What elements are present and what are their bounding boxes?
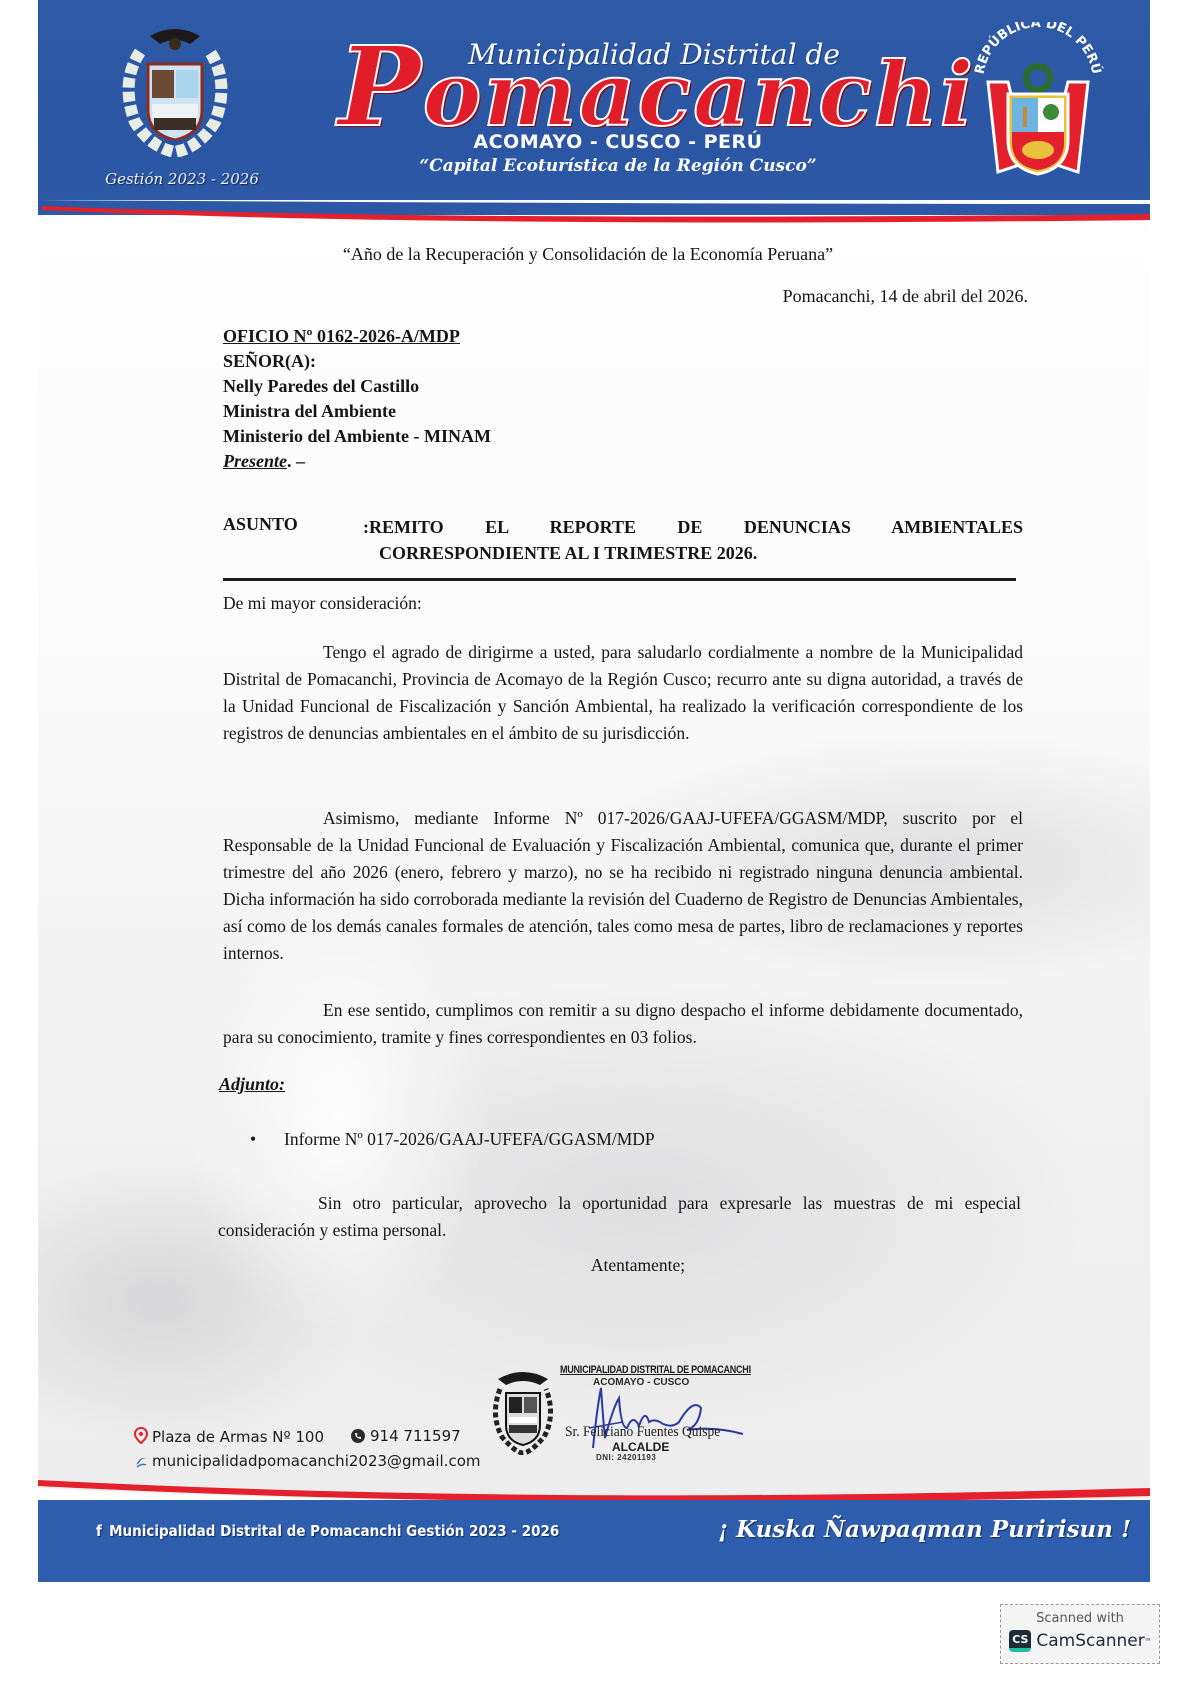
signatory-id: DNI: 24201193 (596, 1453, 656, 1462)
footer-facebook: fMunicipalidad Distrital de Pomacanchi G… (96, 1522, 559, 1540)
trademark-symbol: ™ (1145, 1638, 1151, 1644)
footer-facebook-text: Municipalidad Distrital de Pomacanchi Ge… (109, 1522, 559, 1540)
location-subtitle: ACOMAYO - CUSCO - PERÚ (338, 131, 898, 153)
subject-divider (223, 578, 1016, 581)
letterhead-header: Gestión 2023 - 2026 Municipalidad Distri… (38, 0, 1150, 215)
contact-email-text: municipalidadpomacanchi2023@gmail.com (152, 1452, 481, 1470)
facebook-icon: f (96, 1522, 102, 1540)
paragraph-3: En ese sentido, cumplimos con remitir a … (223, 997, 1023, 1051)
contact-email: municipalidadpomacanchi2023@gmail.com (134, 1452, 481, 1470)
greeting: De mi mayor consideración: (223, 590, 1023, 617)
paragraph-1-text: Tengo el agrado de dirigirme a usted, pa… (223, 642, 1023, 743)
letter-page: Gestión 2023 - 2026 Municipalidad Distri… (38, 0, 1150, 1582)
camscanner-logo-icon: CS (1009, 1630, 1031, 1652)
recipient-name: Nelly Paredes del Castillo (223, 374, 491, 399)
paragraph-4-text: Sin otro particular, aprovecho la oportu… (218, 1193, 1021, 1240)
recipient-organization: Ministerio del Ambiente - MINAM (223, 424, 491, 449)
stamp-seal-icon (486, 1365, 560, 1455)
salutation-label: SEÑOR(A): (223, 349, 491, 374)
presente-line: Presente. – (223, 449, 491, 474)
paragraph-2: Asimismo, mediante Informe Nº 017-2026/G… (223, 805, 1023, 967)
location-pin-icon (134, 1427, 148, 1445)
bullet-icon: • (250, 1129, 284, 1150)
paragraph-2-text: Asimismo, mediante Informe Nº 017-2026/G… (223, 808, 1023, 963)
contact-phone: 914 711597 (350, 1427, 461, 1445)
signatory-name: Sr. Feliciano Fuentes Quispe (565, 1424, 720, 1441)
paragraph-1: Tengo el agrado de dirigirme a usted, pa… (223, 639, 1023, 747)
letter-date: Pomacanchi, 14 de abril del 2026. (598, 286, 1028, 307)
letterhead-footer: fMunicipalidad Distrital de Pomacanchi G… (38, 1500, 1150, 1582)
administration-period: Gestión 2023 - 2026 (102, 170, 262, 188)
attachment-label: Adjunto: (219, 1074, 285, 1095)
year-motto: “Año de la Recuperación y Consolidación … (278, 244, 898, 265)
tagline: “Capital Ecoturística de la Región Cusco… (338, 156, 898, 176)
paragraph-4: Sin otro particular, aprovecho la oportu… (218, 1190, 1021, 1244)
recipient-title: Ministra del Ambiente (223, 399, 491, 424)
contact-address: Plaza de Armas Nº 100 (134, 1427, 324, 1446)
attachment-item: •Informe Nº 017-2026/GAAJ-UFEFA/GGASM/MD… (250, 1129, 655, 1150)
presente-suffix: . – (287, 451, 305, 471)
oficio-number: OFICIO Nº 0162-2026-A/MDP (223, 324, 491, 349)
subject-line-1: :REMITO EL REPORTE DE DENUNCIAS AMBIENTA… (363, 514, 1023, 540)
footer-motto: ¡ Kuska Ñawpaqman Puririsun ! (718, 1516, 1131, 1543)
subject-label: ASUNTO (223, 514, 298, 535)
email-icon (134, 1453, 148, 1469)
whatsapp-icon (350, 1428, 366, 1444)
signatory-role: ALCALDE (612, 1440, 669, 1454)
peru-coat-of-arms-icon: REPÚBLICA DEL PERÚ (968, 22, 1108, 192)
addressee-block: OFICIO Nº 0162-2026-A/MDP SEÑOR(A): Nell… (223, 324, 491, 474)
subject-text: :REMITO EL REPORTE DE DENUNCIAS AMBIENTA… (363, 514, 1023, 566)
badge-brand: CS CamScanner™ (1001, 1630, 1159, 1652)
presente-label: Presente (223, 451, 287, 471)
camscanner-badge: Scanned with CS CamScanner™ (1000, 1604, 1160, 1664)
subject-line-2: CORRESPONDIENTE AL I TRIMESTRE 2026. (363, 540, 1023, 566)
municipal-crest-icon (110, 22, 240, 157)
badge-brand-name: CamScanner (1036, 1631, 1144, 1651)
attachment-item-text: Informe Nº 017-2026/GAAJ-UFEFA/GGASM/MDP (284, 1129, 655, 1149)
paragraph-3-text: En ese sentido, cumplimos con remitir a … (223, 1000, 1023, 1047)
contact-address-text: Plaza de Armas Nº 100 (152, 1428, 324, 1446)
stamp-title: MUNICIPALIDAD DISTRITAL DE POMACANCHI (560, 1364, 751, 1376)
closing: Atentamente; (538, 1255, 738, 1276)
header-stripe (38, 200, 1150, 240)
badge-caption: Scanned with (1001, 1611, 1159, 1626)
contact-phone-text: 914 711597 (370, 1427, 461, 1445)
